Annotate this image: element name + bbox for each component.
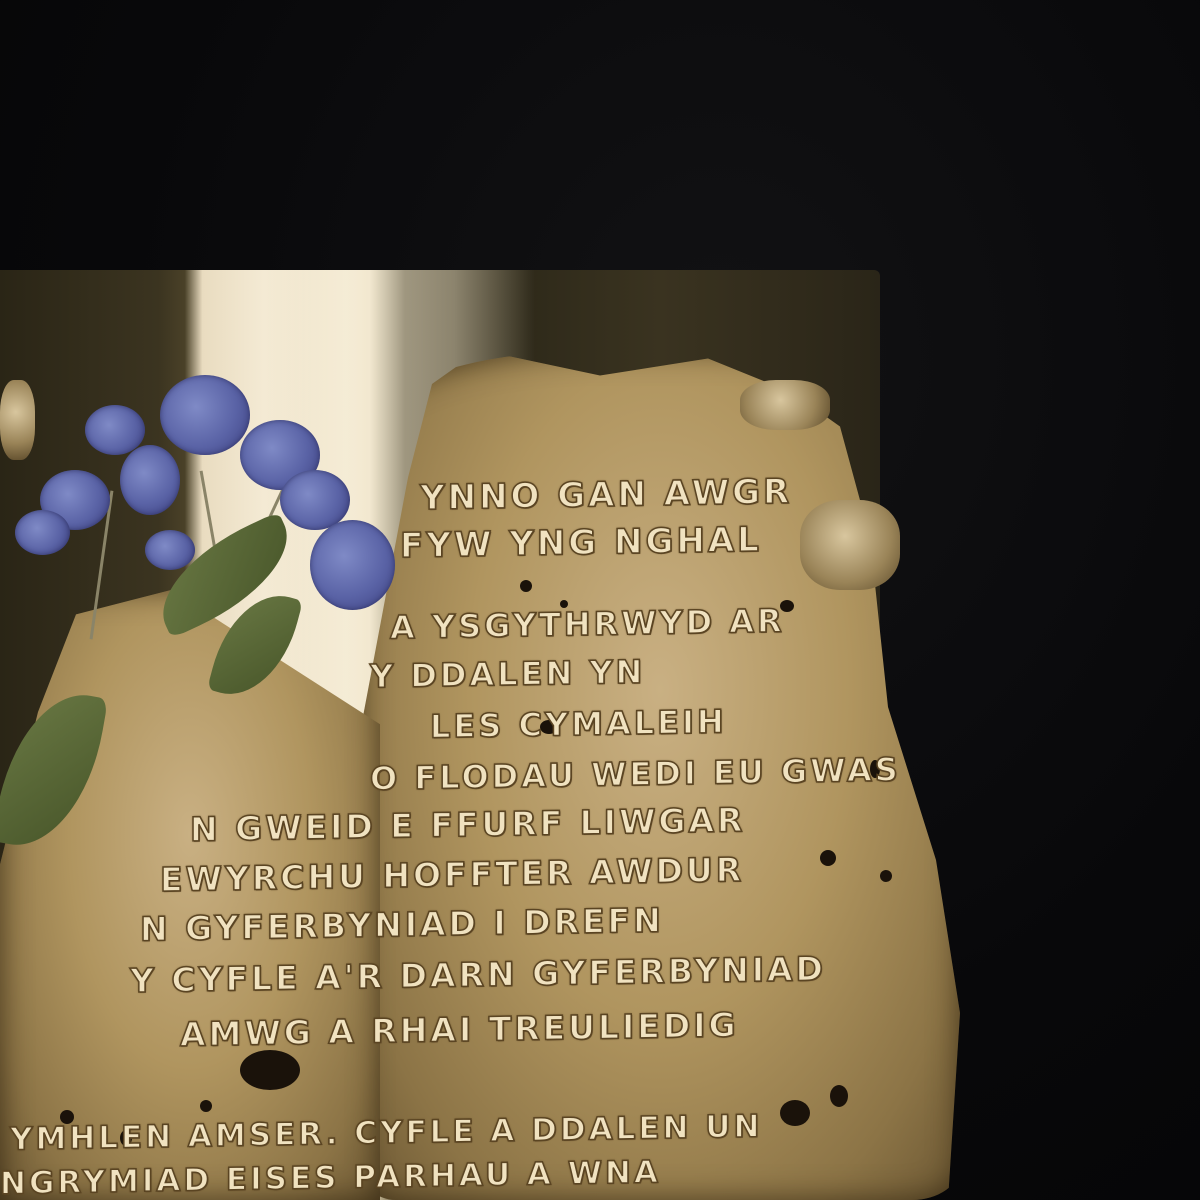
inscription-line: LES CYMALEIH <box>430 702 727 745</box>
inscription-line: YNNO GAN AWGR <box>420 472 792 518</box>
ornament-top-right <box>740 380 830 430</box>
inscription-line: FYW YNG NGHAL <box>400 520 762 566</box>
flower-blossom <box>310 520 395 610</box>
flower-blossom <box>120 445 180 515</box>
ornament-right <box>800 500 900 590</box>
flower-blossom <box>15 510 70 555</box>
inscription-line: A YSGYTHRWYD AR <box>390 602 785 647</box>
flower-blossom <box>145 530 195 570</box>
flower-blossom <box>160 375 250 455</box>
pressed-forget-me-nots <box>0 360 420 820</box>
